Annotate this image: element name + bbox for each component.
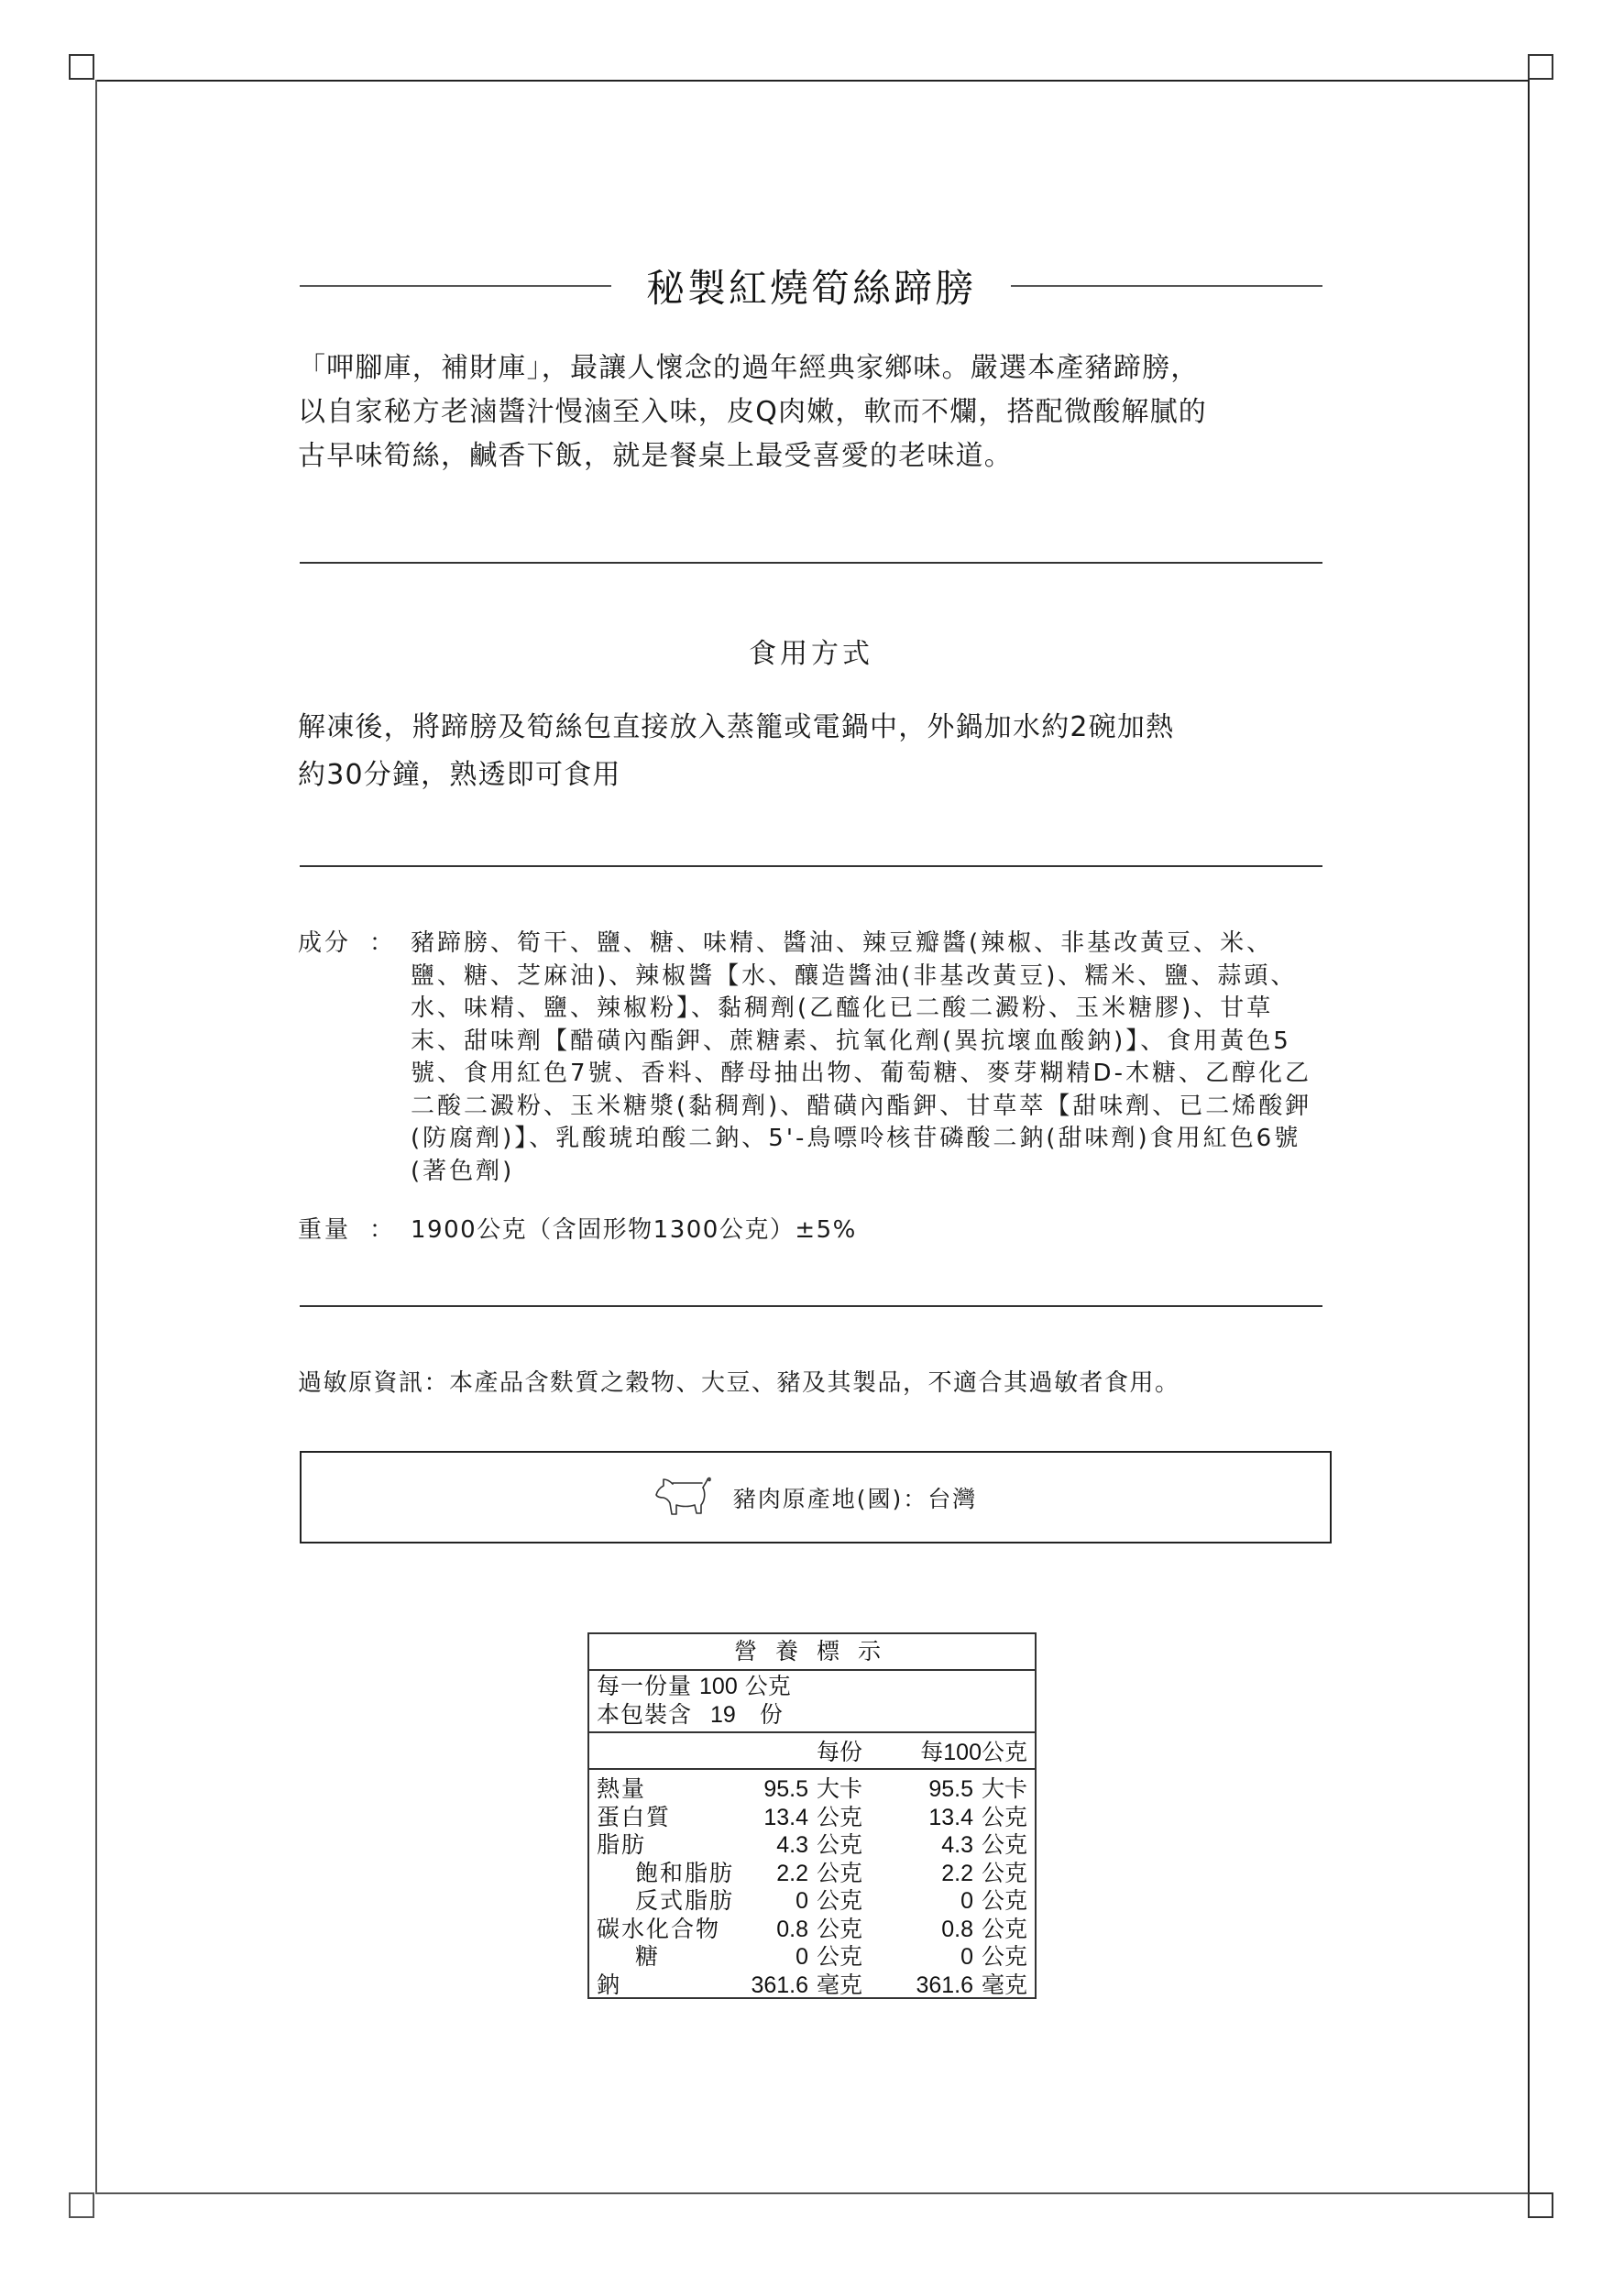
nutrient-row: 鈉 361.6毫克 361.6毫克 [597,1972,1029,2000]
ingredients-label: 成分 [298,928,362,1188]
pig-icon [654,1475,717,1521]
per-100g-value: 361.6毫克 [862,1972,1027,2000]
crop-mark-top-right [1528,54,1553,80]
ingredients-line: (防腐劑)】、乳酸琥珀酸二鈉、5'-鳥嘌呤核苷磷酸二鈉(甜味劑)食用紅色6號 [411,1123,1333,1156]
origin-box: 豬肉原產地(國)：台灣 [300,1451,1332,1543]
nutrition-rows: 熱量 95.5大卡 95.5大卡 蛋白質 13.4公克 13.4公克 脂肪 4.… [589,1770,1035,1999]
nutrition-title: 營養標示 [589,1634,1035,1671]
colon: ： [362,928,411,1188]
title-rule-left [300,285,611,287]
crop-mark-top-left [69,54,94,80]
servings-unit: 份 [760,1701,783,1730]
per-100g-value: 4.3公克 [862,1831,1027,1860]
per-100g-value: 0公克 [862,1943,1027,1972]
serving-size-label: 每一份量 [597,1673,692,1701]
col-per-serving: 每份 [734,1734,862,1767]
nutrient-name: 鈉 [597,1972,734,2000]
per-100g-value: 0.8公克 [862,1916,1027,1944]
ingredients-line: 水、味精、鹽、辣椒粉】、黏稠劑(乙醯化已二酸二澱粉、玉米糖膠)、甘草 [411,993,1333,1026]
divider [300,562,1322,564]
servings-value: 19 [710,1701,736,1730]
nutrient-name: 蛋白質 [597,1804,734,1832]
nutrient-row: 糖 0公克 0公克 [597,1943,1029,1972]
per-serving-value: 13.4公克 [734,1804,862,1832]
usage-instructions: 解凍後，將蹄膀及筍絲包直接放入蒸籠或電鍋中，外鍋加水約2碗加熱 約30分鐘，熟透… [298,704,1333,799]
nutrient-name: 碳水化合物 [597,1916,734,1944]
nutrient-row: 反式脂肪 0公克 0公克 [597,1887,1029,1916]
intro-line: 古早味筍絲，鹹香下飯，就是餐桌上最受喜愛的老味道。 [298,434,1333,478]
nutrient-row: 飽和脂肪 2.2公克 2.2公克 [597,1860,1029,1888]
per-100g-value: 2.2公克 [862,1860,1027,1888]
serving-size-row: 每一份量 100 公克 [597,1673,1027,1701]
nutrition-serving-info: 每一份量 100 公克 本包裝含 19 份 [589,1671,1035,1733]
ingredients-line: 豬蹄膀、筍干、鹽、糖、味精、醬油、辣豆瓣醬(辣椒、非基改黃豆、米、 [411,928,1333,961]
frame-right-line [1528,80,1530,2194]
per-serving-value: 95.5大卡 [734,1775,862,1804]
nutrient-name: 反式脂肪 [597,1887,734,1916]
per-serving-value: 2.2公克 [734,1860,862,1888]
per-serving-value: 0.8公克 [734,1916,862,1944]
intro-line: 「呷腳庫，補財庫」，最讓人懷念的過年經典家鄉味。嚴選本產豬蹄膀， [298,346,1333,390]
col-per-100g: 每100公克 [862,1734,1027,1767]
nutrient-name: 熱量 [597,1775,734,1804]
frame-bottom-line [95,2192,1530,2194]
ingredients-row: 成分 ： 豬蹄膀、筍干、鹽、糖、味精、醬油、辣豆瓣醬(辣椒、非基改黃豆、米、 鹽… [298,928,1333,1188]
intro-paragraph: 「呷腳庫，補財庫」，最讓人懷念的過年經典家鄉味。嚴選本產豬蹄膀， 以自家秘方老滷… [298,346,1333,478]
crop-mark-bottom-left [69,2192,94,2218]
per-serving-value: 4.3公克 [734,1831,862,1860]
serving-size-value: 100 [699,1673,738,1701]
per-serving-value: 361.6毫克 [734,1972,862,2000]
frame-left-line [95,80,97,2194]
per-serving-value: 0公克 [734,1943,862,1972]
weight-label: 重量 [298,1214,362,1247]
nutrition-facts-table: 營養標示 每一份量 100 公克 本包裝含 19 份 每份 每100公克 熱量 … [587,1632,1037,1999]
title-rule-right [1011,285,1322,287]
intro-line: 以自家秘方老滷醬汁慢滷至入味，皮Q肉嫩，軟而不爛，搭配微酸解膩的 [298,390,1333,434]
nutrient-row: 熱量 95.5大卡 95.5大卡 [597,1775,1029,1804]
ingredients-line: (著色劑) [411,1156,1333,1189]
per-100g-value: 95.5大卡 [862,1775,1027,1804]
frame-top-line [95,80,1530,82]
usage-line: 約30分鐘，熟透即可食用 [298,752,1333,799]
divider [300,1305,1322,1307]
per-100g-value: 0公克 [862,1887,1027,1916]
ingredients-line: 鹽、糖、芝麻油)、辣椒醬【水、釀造醬油(非基改黃豆)、糯米、鹽、蒜頭、 [411,961,1333,994]
serving-size-unit: 公克 [745,1673,791,1701]
ingredients-line: 號、食用紅色7號、香料、酵母抽出物、葡萄糖、麥芽糊精D-木糖、乙醇化乙 [411,1058,1333,1091]
colon: ： [362,1214,411,1247]
allergen-info: 過敏原資訊：本產品含麩質之穀物、大豆、豬及其製品，不適合其過敏者食用。 [298,1364,1180,1398]
ingredients-line: 二酸二澱粉、玉米糖漿(黏稠劑)、醋磺內酯鉀、甘草萃【甜味劑、已二烯酸鉀 [411,1091,1333,1124]
per-100g-value: 13.4公克 [862,1804,1027,1832]
servings-label: 本包裝含 [597,1701,692,1730]
weight-value: 1900公克（含固形物1300公克）±5% [411,1214,1333,1247]
weight-row: 重量 ： 1900公克（含固形物1300公克）±5% [298,1214,1333,1247]
product-title: 秘製紅燒筍絲蹄膀 [611,258,1011,313]
nutrient-row: 脂肪 4.3公克 4.3公克 [597,1831,1029,1860]
per-serving-value: 0公克 [734,1887,862,1916]
nutrient-name: 飽和脂肪 [597,1860,734,1888]
nutrient-row: 碳水化合物 0.8公克 0.8公克 [597,1916,1029,1944]
crop-mark-bottom-right [1528,2192,1553,2218]
usage-line: 解凍後，將蹄膀及筍絲包直接放入蒸籠或電鍋中，外鍋加水約2碗加熱 [298,704,1333,752]
divider [300,865,1322,867]
ingredients-value: 豬蹄膀、筍干、鹽、糖、味精、醬油、辣豆瓣醬(辣椒、非基改黃豆、米、 鹽、糖、芝麻… [411,928,1333,1188]
servings-row: 本包裝含 19 份 [597,1701,1027,1730]
product-title-row: 秘製紅燒筍絲蹄膀 [300,258,1322,313]
origin-content: 豬肉原產地(國)：台灣 [654,1475,978,1521]
nutrient-row: 蛋白質 13.4公克 13.4公克 [597,1804,1029,1832]
usage-heading: 食用方式 [300,631,1322,671]
nutrient-name: 脂肪 [597,1831,734,1860]
nutrition-column-header: 每份 每100公克 [589,1733,1035,1770]
ingredients-line: 末、甜味劑【醋磺內酯鉀、蔗糖素、抗氧化劑(異抗壞血酸鈉)】、食用黃色5 [411,1026,1333,1059]
nutrient-name: 糖 [597,1943,734,1972]
origin-text: 豬肉原產地(國)：台灣 [733,1481,978,1514]
